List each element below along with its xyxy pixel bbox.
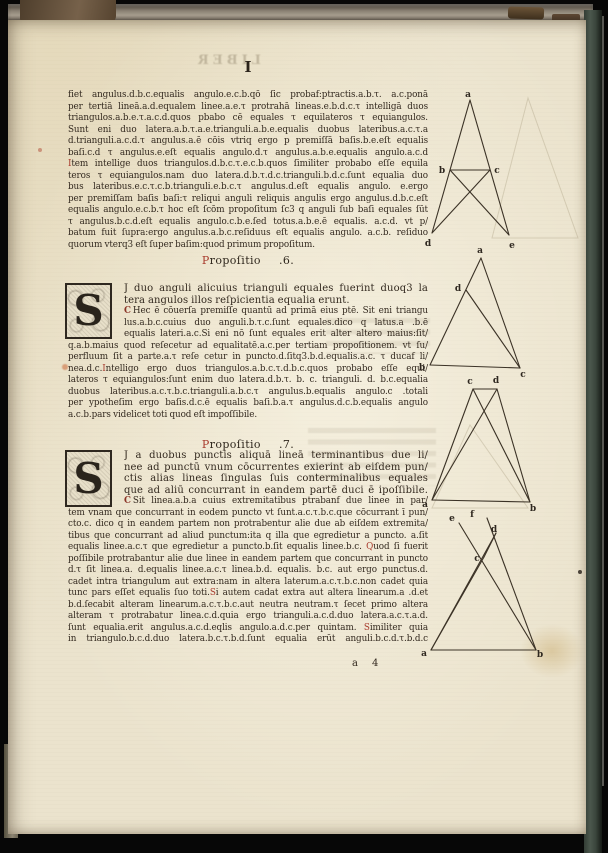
text-line: tera angulos illos reſpicientia equalia … — [124, 295, 428, 307]
dark-speck — [578, 570, 582, 574]
text-line: Sunt eni duo latera.a.b.τ.a.e.trianguli.… — [68, 125, 428, 137]
book-photo: LIBER I fiet angulus.d.b.c.equalis angul… — [0, 0, 608, 853]
text-line: tem vnam que concurrant in eodem puncto … — [68, 508, 428, 520]
text-line: a.c.b.pars videlicet toti quod eſt impoſ… — [68, 410, 428, 422]
text-line: q.a.b.maius quod reſecetur ad equalitatē… — [68, 341, 428, 353]
signature-letter: a — [352, 658, 358, 669]
text-line: CSit linea.a.b.a cuius extremitatibus pt… — [124, 496, 428, 508]
foxing-stain — [520, 624, 584, 678]
text-line: fiet angulus.d.b.c.equalis angulo.e.c.b.… — [68, 90, 428, 102]
text-line: baſi.c.d τ angulus.e.eſt equalis angulo.… — [68, 148, 428, 160]
text-line: CHec ē cōuerſa premiſſe quantū ad primā … — [124, 306, 428, 318]
text-line: equalis lateri.a.c.Si eni nō ſunt equale… — [124, 329, 428, 341]
text-line: ſunt equalia.erit angulus.a.c.d.eqlis an… — [68, 623, 428, 635]
text-line: in triangulo.b.c.d.duo latera.b.c.τ.b.d.… — [68, 634, 428, 646]
text-line: tunc pars eſſet equalis ſuo toti.Si aute… — [68, 588, 428, 600]
text-line: equalis linee.a.c.τ que egredietur a pun… — [68, 542, 428, 554]
text-line: lus.a.b.c.cuius duo anguli.b.τ.c.ſunt eq… — [124, 318, 428, 330]
prop7-text-block: J a duobus punctis aliquā lineā terminan… — [68, 450, 428, 646]
book-cover-edge-line — [602, 16, 604, 786]
text-line: cto.c. dico q in eandem partem non protr… — [68, 519, 428, 531]
text-line: alteram τ protrabatur linea.c.d.quia erg… — [68, 611, 428, 623]
text-line: que ad aliū concurrant in eandem partē d… — [124, 485, 428, 497]
text-line: bus lateribus.e.c.τ.c.b.trianguli.e.b.c.… — [68, 182, 428, 194]
text-line: per tertiā lineā.a.d.equalem linee.a.e.τ… — [68, 102, 428, 114]
page-heading-numeral: I — [236, 58, 260, 76]
text-line: poſſibile protrabantur alie due linee in… — [68, 554, 428, 566]
text-line: lateros τ equiangulos:ſunt enim duo late… — [68, 375, 428, 387]
prop6-text-block: J duo anguli alicuius trianguli equales … — [68, 283, 428, 421]
text-line: tibus que concurrant ad aliud punctum:it… — [68, 531, 428, 543]
text-line: ctis alias lineas ſingulas ſuis contermi… — [124, 473, 428, 485]
text-line: J a duobus punctis aliquā lineā terminan… — [124, 450, 428, 462]
text-line: b.d.ſecabit alteram linearum.a.c.τ.b.c.a… — [68, 600, 428, 612]
text-line: cadet intra triangulum aut extra:nam in … — [68, 577, 428, 589]
text-line: equalis angulo.e.c.b.τ hoc eſt ſcōm prop… — [68, 205, 428, 217]
prop6-heading: Propoſitio.6. — [68, 254, 428, 267]
text-line: perfluum ſit a parte.a.τ reſe cetur in p… — [68, 352, 428, 364]
book-binding-right — [584, 10, 602, 853]
signature-mark: a4 — [352, 658, 378, 669]
heading-word: ropoſitio — [210, 254, 261, 267]
prop5-text-block: fiet angulus.d.b.c.equalis angulo.e.c.b.… — [68, 90, 428, 251]
text-line: τ angulus.b.c.d.eſt equalis angulo.c.b.e… — [68, 217, 428, 229]
text-line: teros τ equiangulos.nam duo latera.d.b.τ… — [68, 171, 428, 183]
text-line: per premiſſam baſis baſi:τ reliqui angul… — [68, 194, 428, 206]
text-line: nee ad punctū vnum cōcurrentes exierint … — [124, 462, 428, 474]
text-line: Item intellige duos triangulos.d.b.c.τ.e… — [68, 159, 428, 171]
book-clasp — [508, 7, 544, 20]
text-line: quorum vterq3 eſt ſuper baſim:quod primu… — [68, 240, 428, 252]
text-line: J duo anguli alicuius trianguli equales … — [124, 283, 428, 295]
text-line: triangulos.a.b.e.τ.a.c.d.quos pbabo cē e… — [68, 113, 428, 125]
proposition-number: .6. — [279, 254, 294, 267]
heading-rubric-initial: P — [202, 254, 210, 267]
text-line: nea.d.c.Intelligo ergo duos triangulos.a… — [68, 364, 428, 376]
book-page: LIBER I fiet angulus.d.b.c.equalis angul… — [8, 20, 586, 834]
text-line: duobus lateribus.a.c.τ.b.c.trianguli.a.b… — [68, 387, 428, 399]
signature-number: 4 — [372, 658, 378, 669]
text-line: d.trianguli.a.c.d.τ angulus.a.ē cōis vtr… — [68, 136, 428, 148]
text-line: per ypotheſim ergo baſis.d.c.ē equalis b… — [68, 398, 428, 410]
paragraph-mark: C — [124, 496, 131, 506]
text-line: d.τ ſit linea.a. d.equalis linee.a.c.τ l… — [68, 565, 428, 577]
paragraph-mark: C — [124, 306, 131, 316]
text-line: batum fuit ſupra:ergo angulus.a.b.c.reſi… — [68, 228, 428, 240]
red-speck — [38, 148, 42, 152]
